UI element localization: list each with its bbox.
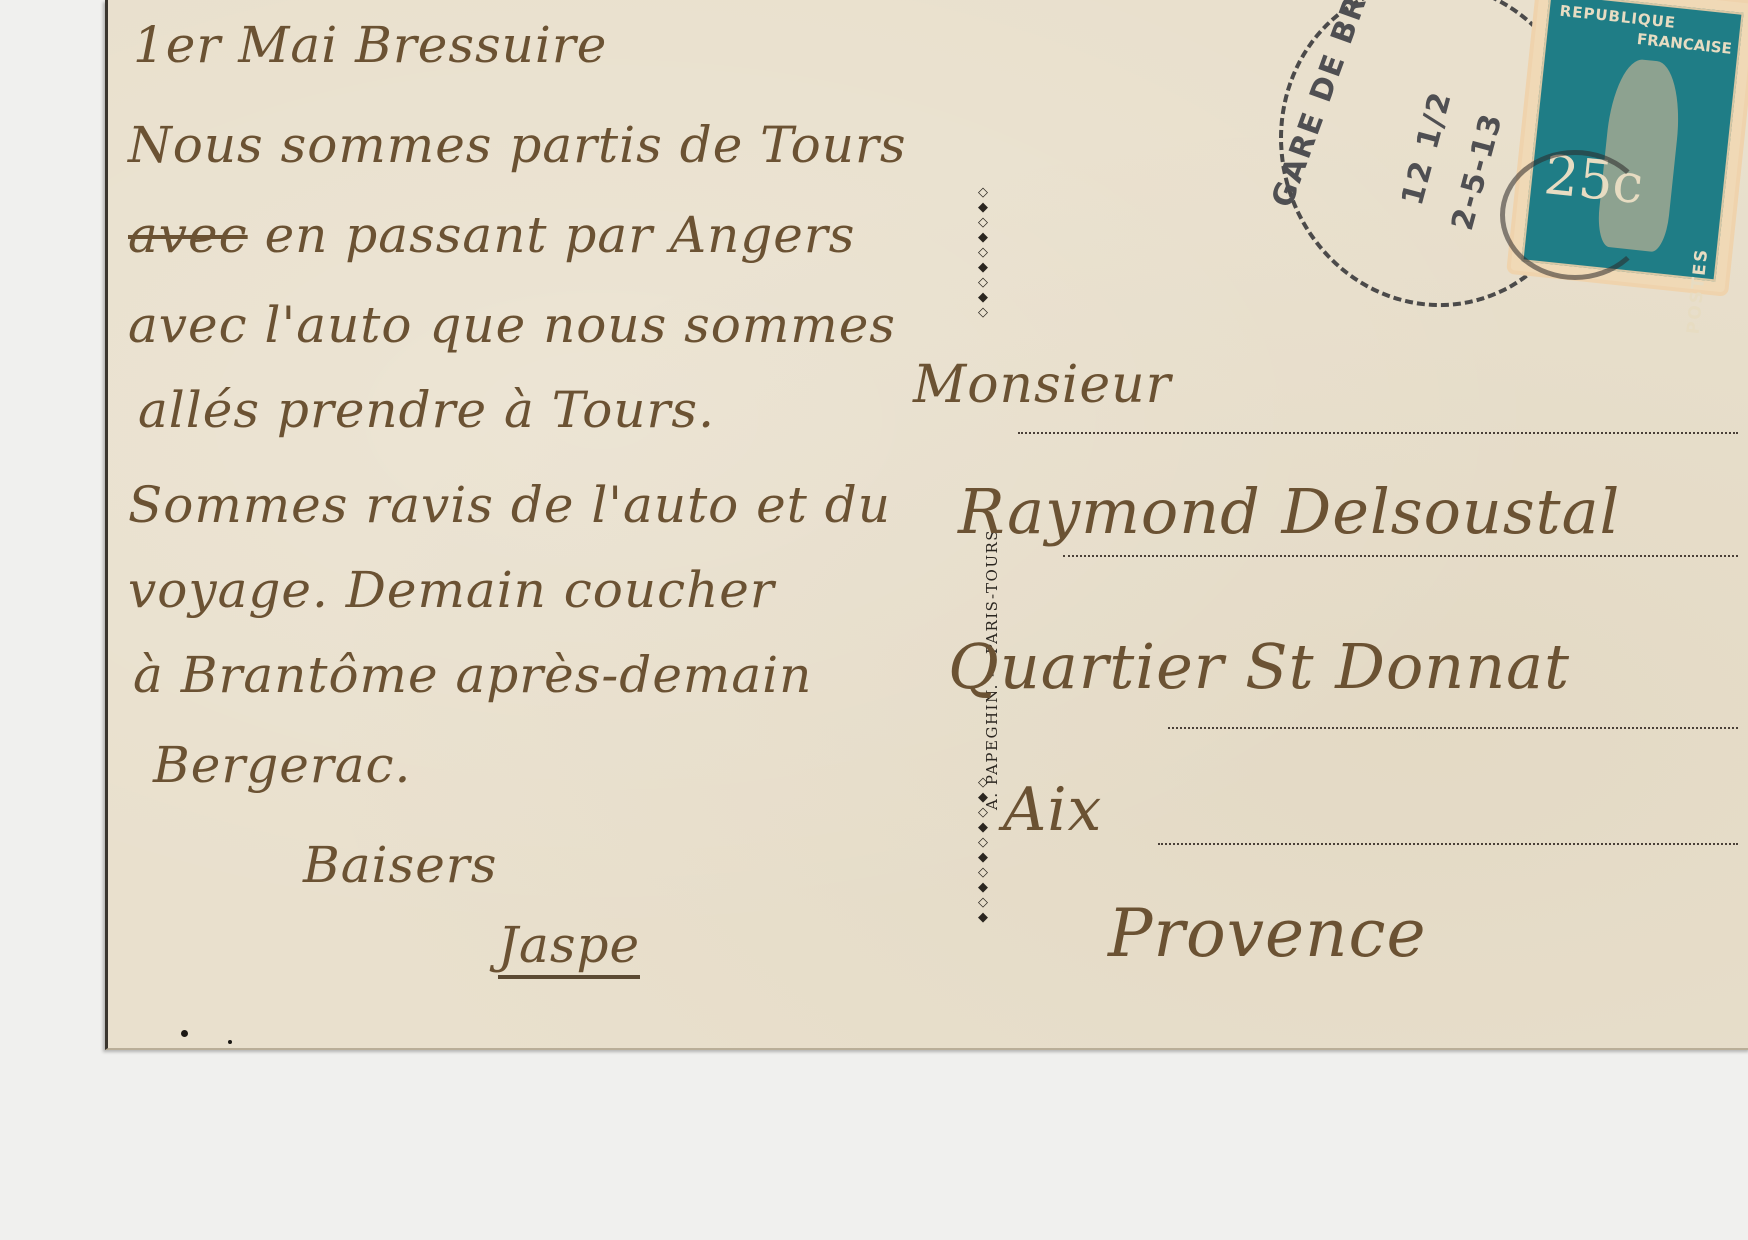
ink-speck bbox=[228, 1040, 232, 1044]
ornament-icon: ◇◆◇◆◇◆◇◆◇◆ bbox=[976, 775, 990, 925]
center-divider: ◇◆◇◆◇◆◇◆◇ A. PAPEGHIN. — PARIS-TOURS ◇◆◇… bbox=[968, 185, 998, 950]
struck-word: avec bbox=[128, 206, 248, 264]
message-line: voyage. Demain coucher bbox=[128, 550, 775, 630]
message-line: à Brantôme après-demain bbox=[133, 635, 812, 715]
address-line-2 bbox=[1063, 555, 1738, 557]
message-line: Sommes ravis de l'auto et du bbox=[128, 465, 891, 545]
message-line: Nous sommes partis de Tours bbox=[128, 105, 907, 185]
stamp-country-right: FRANCAISE bbox=[1636, 30, 1733, 58]
message-signature: Jaspe bbox=[498, 915, 640, 979]
message-line: avec en passant par Angers bbox=[128, 195, 855, 275]
ink-speck bbox=[181, 1030, 188, 1037]
message-line-date: 1er Mai Bressuire bbox=[133, 5, 607, 85]
address-line-3 bbox=[1168, 727, 1738, 729]
message-line-text: en passant par Angers bbox=[265, 206, 856, 264]
address-line-4 bbox=[1158, 843, 1738, 845]
address-street: Quartier St Donnat bbox=[948, 630, 1570, 703]
cancellation-mark bbox=[1500, 150, 1650, 280]
address-line-1 bbox=[1018, 432, 1738, 434]
message-closing: Baisers bbox=[303, 825, 497, 905]
address-name: Raymond Delsoustal bbox=[958, 475, 1620, 548]
message-line: allés prendre à Tours. bbox=[138, 370, 715, 450]
address-salutation: Monsieur bbox=[913, 355, 1171, 415]
address-city: Aix bbox=[1003, 775, 1102, 845]
address-region: Provence bbox=[1108, 895, 1427, 972]
ornament-icon: ◇◆◇◆◇◆◇◆◇ bbox=[976, 185, 990, 320]
message-line: Bergerac. bbox=[153, 725, 411, 805]
message-line: avec l'auto que nous sommes bbox=[128, 285, 896, 365]
stamp-country-top: REPUBLIQUE bbox=[1559, 2, 1677, 32]
